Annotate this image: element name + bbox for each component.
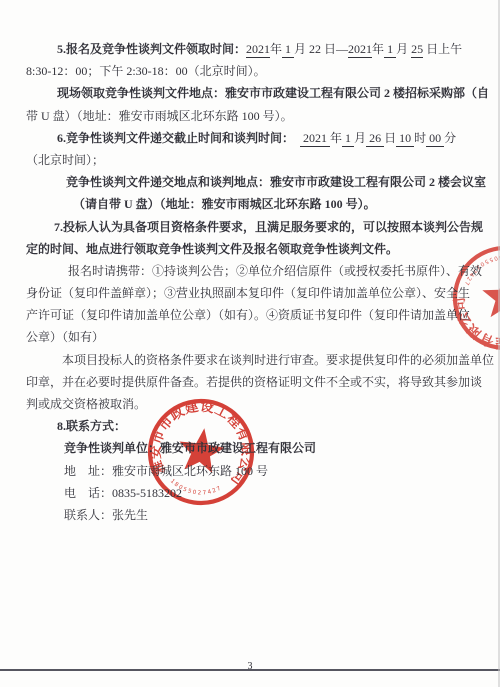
text-segment: 00 [426,131,444,147]
document-line: 8:30-12：00；下午 2:30-18：00（北京时间）。 [26,60,488,82]
text-segment: 印章，并在必要时提供原件备查。若提供的资格证明文件不全或不实，将导致其参加谈 [26,375,482,389]
text-segment: （北京时间）； [26,153,104,167]
text-segment: 10 [396,131,414,147]
document-line: 身份证（复印件盖鲜章）；③营业执照副本复印件（复印件请加盖单位公章）、安全生 [26,282,488,304]
text-segment: 2021 [300,131,330,147]
document-line: 公章）（如有） [26,326,488,348]
document-line: （北京时间）； [26,149,488,171]
text-segment: 6.竞争性谈判文件递交截止时间和谈判时间： [57,131,288,145]
text-segment: 年 [270,42,282,56]
document-line: 本项目投标人的资格条件要求在谈判时进行审查。要求提供复印件的必须加盖单位 [26,349,488,371]
document-line: 联系人：张先生 [26,504,488,526]
text-segment: 电 话：0835-5183202 [64,486,182,500]
text-segment: 8:30-12：00；下午 2:30-18：00（北京时间）。 [26,64,266,78]
text-segment: 定的时间、地点进行领取竞争性谈判文件及报名领取竞争性谈判文件。 [26,242,398,256]
document-line: 判或成交资格被取消。 [26,393,488,415]
text-segment: 日上午 [423,42,462,56]
text-segment: 带 U 盘）（地址：雅安市雨城区北环东路 100 号）。 [26,109,293,123]
text-segment [288,131,300,145]
text-segment: 身份证（复印件盖鲜章）；③营业执照副本复印件（复印件请加盖单位公章）、安全生 [26,286,470,300]
text-segment: 分 [444,131,456,145]
document-line: 现场领取竞争性谈判文件地点：雅安市市政建设工程有限公司 2 楼招标采购部（自 [26,82,488,104]
text-segment: 现场领取竞争性谈判文件地点：雅安市市政建设工程有限公司 2 楼招标采购部（自 [57,86,489,100]
text-segment: 年 [330,131,342,145]
document-line: 8.联系方式： [26,415,488,437]
text-segment: 判或成交资格被取消。 [26,397,146,411]
text-segment: 日 [384,131,396,145]
text-segment: 月 22 日— [294,42,348,56]
document-line: 定的时间、地点进行领取竞争性谈判文件及报名领取竞争性谈判文件。 [26,238,488,260]
text-segment: 1 [282,42,294,58]
document-line: 5.报名及竞争性谈判文件领取时间：2021年 1 月 22 日—2021年 1 … [26,38,488,60]
document-line: 印章，并在必要时提供原件备查。若提供的资格证明文件不全或不实，将导致其参加谈 [26,371,488,393]
document-body-text: 5.报名及竞争性谈判文件领取时间：2021年 1 月 22 日—2021年 1 … [26,38,488,526]
text-segment: 1 [342,131,354,147]
scanned-document-page: 5.报名及竞争性谈判文件领取时间：2021年 1 月 22 日—2021年 1 … [0,0,500,687]
text-segment: 地 址：雅安市雨城区北环东路 100 号 [64,464,268,478]
text-segment: 公章）（如有） [26,330,104,344]
text-segment: 时 [414,131,426,145]
document-line: 6.竞争性谈判文件递交截止时间和谈判时间： 2021 年 1 月 26 日 10… [26,127,488,149]
text-segment: 竞争性谈判单位：雅安市市政建设工程有限公司 [64,441,316,455]
document-line: 7.投标人认为具备项目资格条件要求，且满足服务要求的，可以按照本谈判公告规 [26,216,488,238]
document-line: （请自带 U 盘）（地址：雅安市雨城区北环东路 100 号）。 [26,193,488,215]
document-line: 带 U 盘）（地址：雅安市雨城区北环东路 100 号）。 [26,105,488,127]
text-segment: 8.联系方式： [57,419,126,433]
document-line: 报名时请携带：①持谈判公告；②单位介绍信原件（或授权委托书原件）、有效 [26,260,488,282]
text-segment: 联系人：张先生 [64,508,148,522]
text-segment: 报名时请携带：①持谈判公告；②单位介绍信原件（或授权委托书原件）、有效 [68,264,482,278]
text-segment: 7.投标人认为具备项目资格条件要求，且满足服务要求的，可以按照本谈判公告规 [54,220,483,234]
document-line: 产许可证（复印件请加盖单位公章）（如有）。④资质证书复印件（复印件请加盖单位 [26,304,488,326]
page-number: 3 [0,661,500,672]
text-segment: 26 [366,131,384,147]
text-segment: 25 [411,42,423,58]
text-segment: （请自带 U 盘）（地址：雅安市雨城区北环东路 100 号）。 [73,197,376,211]
text-segment: 1 [384,42,396,58]
text-segment: 月 [396,42,411,56]
document-line: 竞争性谈判文件递交地点和谈判地点：雅安市市政建设工程有限公司 2 楼会议室 [26,171,488,193]
text-segment: 产许可证（复印件请加盖单位公章）（如有）。④资质证书复印件（复印件请加盖单位 [26,308,470,322]
text-segment: 5.报名及竞争性谈判文件领取时间： [57,42,246,56]
text-segment: 竞争性谈判文件递交地点和谈判地点：雅安市市政建设工程有限公司 2 楼会议室 [66,175,486,189]
text-segment: 2021 [246,42,270,58]
document-line: 电 话：0835-5183202 [26,482,488,504]
document-line: 竞争性谈判单位：雅安市市政建设工程有限公司 [26,437,488,459]
text-segment: 月 [354,131,366,145]
text-segment: 年 [372,42,384,56]
text-segment: 2021 [348,42,372,58]
document-line: 地 址：雅安市雨城区北环东路 100 号 [26,460,488,482]
text-segment: 本项目投标人的资格条件要求在谈判时进行审查。要求提供复印件的必须加盖单位 [62,353,494,367]
